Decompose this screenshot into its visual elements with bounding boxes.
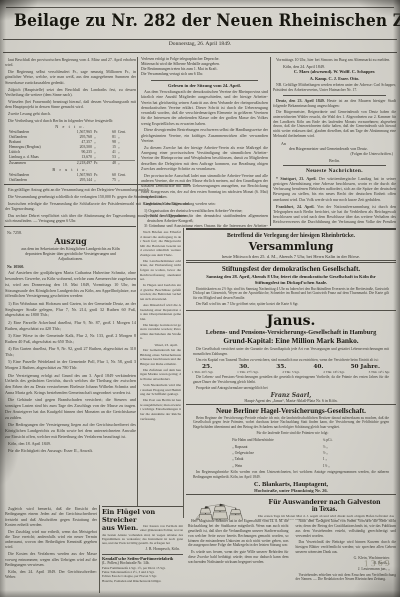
table-row: Zusammen2,218,497Fr.48„ bbox=[9, 160, 135, 165]
editorial-closing: Vorstehendes erhielten wir mit dem Ersuc… bbox=[296, 573, 397, 582]
hagel-body: Beim Beginne der Versicherungs-Periode e… bbox=[188, 416, 394, 430]
paragraph: Die Lebens- und Pensions-Versicherungen … bbox=[193, 375, 389, 384]
ad-hagel-insurance: Neue Berliner Hagel-Versicherungs-Gesell… bbox=[186, 404, 396, 494]
paragraph: Nach Briefen aus Elberfeld dauert die Au… bbox=[140, 230, 181, 257]
letter-right-column: Nach dem Gesagten kann von einem Vorwurf… bbox=[296, 519, 397, 593]
paragraph: Würselen (bei Frauenrath) beantragt hier… bbox=[5, 99, 136, 110]
page-top-edge-rule bbox=[6, 7, 394, 8]
hagel-rates-intro: Für die laufende Ernte sind die Prämien … bbox=[188, 431, 394, 436]
advertisement-column: Betreffend die Verlegung der hiesigen Rh… bbox=[186, 228, 396, 520]
galveston-title: Für Auswanderer nach Galveston bbox=[255, 497, 394, 506]
paragraph: Die Gebäude sind gegen Brandschaden vers… bbox=[5, 397, 136, 420]
fest-announcement: Samstag den 28. April, Abends 8 Uhr, fei… bbox=[188, 273, 394, 287]
paragraph: laut Beschluß der provisorischen Regieru… bbox=[5, 57, 136, 68]
fest-details: Eintrittskarten zu 2½ Sgr. sind bis Sams… bbox=[188, 287, 394, 307]
berlin-line: Berlin. bbox=[273, 158, 396, 163]
paragraph: Es würde uns freuen, wenn der gute Wille… bbox=[188, 550, 289, 565]
letter-left-column: Herr Magistrats-Beamter hat in der Eigen… bbox=[188, 519, 289, 593]
janus-subtitle: Lebens- und Pensions-Versicherungs-Gesel… bbox=[188, 329, 394, 336]
column-rule-2 bbox=[270, 57, 271, 226]
appeal-body: Aus dem Verwaltungsrath der demokratisch… bbox=[141, 89, 268, 206]
bridge-subject-line: Betreffend die Verlegung der hiesigen Rh… bbox=[188, 233, 394, 239]
ad-stiftungsfest: Stiftungsfest der demokratischen Gesells… bbox=[186, 263, 396, 310]
column-rule-4 bbox=[99, 505, 100, 593]
paragraph: Zugleich wird bemerkt, daß die Einsicht … bbox=[5, 506, 97, 527]
paragraph: 1) Ein Wohnhaus mit Hofraum und Garten, … bbox=[5, 301, 136, 318]
strip-paragraphs-1: Nach Briefen aus Elberfeld dauert die Au… bbox=[140, 230, 181, 341]
kendall-ad-title: Kendall'sche Seifen-Parfümeriefabrik bbox=[102, 554, 183, 562]
inner-rule bbox=[283, 165, 386, 166]
table-cell: 3 Thlr. 12½ Sgr. bbox=[369, 370, 390, 374]
latest-news: Neueste Nachrichten. * Stuttgart, 23. Ap… bbox=[273, 168, 396, 226]
column-1-finance-report: laut Beschluß der provisorischen Regieru… bbox=[5, 57, 136, 183]
paragraph: Der Ball wird bis um 7 Uhr geöffnet sein… bbox=[193, 302, 389, 307]
dateline-rule bbox=[3, 52, 397, 53]
text-line: Haaröle, Pomaden und Räucherwerk billigs… bbox=[102, 579, 183, 583]
hagel-agent-address: Hochstraße, unter Pfannkönig Nr. 26. bbox=[188, 488, 394, 493]
ad-galveston-emigrants: Für Auswanderer nach Galveston in Texas.… bbox=[186, 494, 396, 520]
paragraph: Die Landwehrmänner erklärten, der Einber… bbox=[140, 259, 181, 282]
hagel-closing: Im Regierungsbezirke Köln werden von dem… bbox=[188, 470, 394, 479]
hagel-agent-name: C. Blankarts, Hauptagent, bbox=[188, 481, 394, 488]
paragraph: Nach dem Gesagten kann von einem Vorwurf… bbox=[296, 519, 397, 539]
bottom-letter-block: Herr Magistrats-Beamter hat in der Eigen… bbox=[188, 519, 396, 593]
text-line: 2) Wahl von Deputirten für den demnächst… bbox=[141, 213, 268, 224]
dateline: Donnerstag, 26. April 1849. bbox=[0, 41, 400, 47]
paragraph: Um ein Kapital von Tausend Thalern zu ve… bbox=[193, 358, 389, 363]
deutz-intro: Deutz, den 23. April 1849. Heute ist an … bbox=[273, 98, 396, 109]
masthead-rule bbox=[3, 39, 397, 40]
paragraph: Für die Richtigkeit des Auszugs: Esser I… bbox=[5, 448, 136, 454]
notice-number: Nr. 7258. bbox=[7, 230, 136, 235]
paragraph: Die Vertheilung wird durch Berlin in fol… bbox=[5, 118, 136, 123]
section-rule bbox=[4, 226, 136, 227]
province-table-1: Westflandern1,567,965Fr.60Cent.Ostflande… bbox=[9, 130, 135, 165]
fest-title: Stiftungsfest der demokratischen Gesells… bbox=[188, 265, 394, 273]
latest-news-heading: Neueste Nachrichten. bbox=[273, 168, 396, 174]
table-cell: 2 Thlr. 5 Sgr. bbox=[282, 370, 299, 374]
galveston-content: Für Auswanderer nach Galveston in Texas.… bbox=[255, 497, 394, 520]
place-date: Köln, den 24. April 1849. bbox=[273, 64, 396, 69]
versammlung-details: heute Mittwoch den 25. d. M., Abends 7 U… bbox=[188, 254, 394, 259]
auszug-subtitle: aus dem im Sekretariate des Königlichen … bbox=[5, 247, 136, 262]
paragraph: Köln, den 18. April 1849. bbox=[5, 441, 136, 447]
janus-agent-address: Haupt-Agent des „Janus“, Maria-Ablaß-Pla… bbox=[188, 399, 394, 403]
hagel-rates-table: Für Halm und Hülsenfrüchte¼ pCt.„ Rapssa… bbox=[231, 437, 350, 469]
text-line: 3) Gründung und Ausstattung eines Organs… bbox=[141, 223, 268, 227]
nb-note: NB. Gefällige Mittheilungen werden erbet… bbox=[273, 83, 396, 93]
paragraph: Köln, den 24. April 1849. Der Gerichtssc… bbox=[5, 569, 97, 580]
paragraph: In Hagen und Iserlohn sind gleiche Besch… bbox=[140, 283, 181, 301]
paragraph: Zülpich (Hauptstelle) setzt den Beschluß… bbox=[5, 87, 136, 98]
text-line: den Bürgermeister und Gemeinderath von D… bbox=[273, 146, 396, 151]
piano-ad-title-2: aus Wien. bbox=[102, 524, 138, 532]
newspaper-page: Beilage zu Nr. 282 der Neuen Rheinischen… bbox=[0, 0, 400, 597]
ad-janus-insurance: Janus. Lebens- und Pensions-Versicherung… bbox=[186, 310, 396, 404]
province-table-2: Westflandern1,567,965Fr.60Cent.Ostflande… bbox=[9, 173, 135, 183]
paragraph: Zu diesem Zwecke hat der hiesige Arbeite… bbox=[141, 145, 268, 171]
janus-title: Janus. bbox=[188, 313, 394, 329]
paragraph: Die Regierung selbst verschleudert Fr., … bbox=[5, 69, 136, 85]
news-item-frankfurt: Frankfurt, 24. April. Von der Nationalve… bbox=[273, 204, 396, 226]
inner-rule bbox=[151, 80, 258, 81]
hagel-title: Neue Berliner Hagel-Versicherungs-Gesell… bbox=[188, 407, 394, 415]
paragraph: 5) Eine Parzelle Weideland in der Gemein… bbox=[5, 359, 136, 371]
paragraph: Die Gesellschaft versichert unter der Ga… bbox=[193, 347, 389, 356]
deutz-address-lines: Anden Bürgermeister und Gemeinderath von… bbox=[273, 141, 396, 151]
janus-premium-row: 1 Thlr. 20½ Sgr.1 Thlr. 27½ Sgr.2 Thlr. … bbox=[188, 370, 394, 374]
table-cell: 40. bbox=[313, 364, 323, 370]
column-2-narrow-news: Nach Briefen aus Elberfeld dauert die Au… bbox=[140, 230, 181, 508]
appeal-end: Vormittags 10 Uhr, hier bei Simons im Bu… bbox=[273, 57, 396, 62]
column-rule-3 bbox=[183, 228, 184, 518]
paragraph: Aus dem Verwaltungsrath der demokratisch… bbox=[141, 89, 268, 126]
paragraph: 4) Ein Garten daselbst, Flur 9, Nr. 92, … bbox=[5, 346, 136, 358]
table-1-title: N e t t o. bbox=[5, 124, 136, 129]
table-cell: 1 Thlr. 27½ Sgr. bbox=[237, 370, 258, 374]
piano-ad-signature: J. B. Hompesch, Köln. bbox=[102, 547, 183, 552]
janus-terms: Die Gesellschaft versichert unter der Ga… bbox=[188, 347, 394, 362]
deutz-proclamation: Die Bürgermeister, Beigeordnete und Geme… bbox=[273, 110, 396, 139]
paragraph: Aus Düsseldorf wird die Absendung einer … bbox=[140, 303, 181, 321]
page-number-stamp: 1369 bbox=[364, 558, 392, 568]
column-3: Vormittags 10 Uhr, hier bei Simons im Bu… bbox=[273, 57, 396, 226]
paragraph: Die Post aus Berlin ist heute ausgeblieb… bbox=[140, 398, 181, 421]
text-line: Die Versammlung vertagt sich um 6 Uhr. bbox=[141, 72, 268, 77]
janus-agent-name: Franz Saarl, bbox=[188, 392, 394, 399]
auszug-continuation: Zugleich wird bemerkt, daß die Einsicht … bbox=[5, 506, 97, 593]
masthead-title: Beilage zu Nr. 282 der Neuen Rheinischen… bbox=[14, 11, 386, 30]
paragraph: 2) Eine Parzelle Ackerland daselbst, Flu… bbox=[5, 320, 136, 332]
column-2-workers-appeal: Verlesen erfolgt in Folge telegraphische… bbox=[141, 57, 268, 227]
piano-ad-title: Ein Flügel von Streicher bbox=[102, 508, 183, 524]
paragraph: Zweite Lesung geht durch. bbox=[5, 111, 136, 116]
paragraph: Gegenstände der Tagesordnung werden sein… bbox=[141, 201, 268, 206]
paragraph: Die Kosten des Verfahrens werden aus der… bbox=[5, 551, 97, 567]
auszug-body: Auf Anstehen der großjährigen Maria Cath… bbox=[5, 270, 136, 454]
paragraph: Die Versteigerung erfolgt auf Grund des … bbox=[5, 373, 136, 396]
auszug-title: Auszug bbox=[5, 236, 136, 246]
paragraph: Die hiesige Garnison ist gestern verstär… bbox=[140, 323, 181, 341]
table-2-title: B r u t t o. bbox=[5, 167, 136, 172]
news-item-stuttgart: * Stuttgart, 23. April. Der württembergi… bbox=[273, 176, 396, 202]
kendall-ad-address: (L. Pollen,) Hochstraße Nr. 14b. bbox=[102, 561, 183, 565]
paragraph: 3) Eine Wiese in der Gemeinde Kalk, Flur… bbox=[5, 333, 136, 345]
kendall-price-lines: Feine Familienseife à Sgr. 1½, per Dtzd.… bbox=[102, 566, 183, 583]
agenda-list: 1) Organisation der rheinisch-westfälisc… bbox=[141, 208, 268, 227]
session-fragments: Verlesen erfolgt in Folge telegraphische… bbox=[141, 57, 268, 78]
paragraph: Die Zufuhren auf dem heutigen Markte war… bbox=[140, 368, 181, 382]
table-row: „ Wein1½ „ bbox=[231, 463, 350, 469]
column-rule-1 bbox=[137, 57, 138, 506]
sailing-ship-illustration bbox=[188, 497, 252, 520]
paragraph: Der provisorische Ausschuß ladet nun säm… bbox=[141, 173, 268, 199]
paragraph: Prospekte und Antragsformulare unentgelt… bbox=[193, 386, 389, 391]
janus-capital-line: Grund-Kapital: Eine Million Mark Banko. bbox=[188, 336, 394, 345]
paragraph: Herr Magistrats-Beamter hat in der Eigen… bbox=[188, 519, 289, 548]
versammlung-title: Versammlung bbox=[188, 240, 394, 253]
paragraph: Der Zuschlag wird nur ertheilt, wenn das… bbox=[5, 529, 97, 550]
ad-rheinbruecke-versammlung: Betreffend die Verlegung der hiesigen Rh… bbox=[186, 230, 396, 263]
case-number: Nr. 10560. bbox=[7, 264, 136, 269]
paragraph: Der Gemeinderath hat die Bildung eines S… bbox=[140, 348, 181, 366]
paragraph: Die Bedingungen der Versteigerung liegen… bbox=[5, 422, 136, 439]
paragraph: Das Verzeichniß der Beiträge wird binnen… bbox=[296, 540, 397, 555]
text-line: A. Kamp. C. J. Esser. Otto. bbox=[273, 76, 396, 82]
appeal-heading: Gelesen in der Sitzung vom 24. April. bbox=[141, 83, 268, 88]
strip-signature: Wesel, 23. April. bbox=[140, 343, 181, 348]
left-small-ads: Ein Flügel von Streicher aus Wien. Der K… bbox=[102, 506, 183, 595]
paragraph: Diese divergirenden Bestrebungen erschwe… bbox=[141, 127, 268, 143]
inner-rule bbox=[283, 95, 386, 96]
finance-paragraphs: laut Beschluß der provisorischen Regieru… bbox=[5, 57, 136, 123]
deutz-dateline: Deutz, den 23. April 1849. bbox=[276, 98, 325, 103]
paragraph: Auf Anstehen der großjährigen Maria Cath… bbox=[5, 270, 136, 299]
auszug-legal-notice: Nr. 7258. Auszug aus dem im Sekretariate… bbox=[5, 229, 136, 503]
strip-paragraphs-2: Der Gemeinderath hat die Bildung eines S… bbox=[140, 348, 181, 421]
deutz-signatures-note: (Folgen die Unterschriften.) bbox=[273, 152, 396, 157]
paragraph: Vom Niederrhein wird über starken Eisgan… bbox=[140, 383, 181, 397]
janus-notes: Die Lebens- und Pensions-Versicherungen … bbox=[188, 375, 394, 390]
signatures-marx-wolff-schapper: C. Marx (abwesend). W. Wolff. C. Schappe… bbox=[273, 69, 396, 81]
table-cell: 2 Thlr. 16½ Sgr. bbox=[323, 370, 344, 374]
galveston-title-2: in Texas. bbox=[255, 506, 394, 513]
paragraph: Eintrittskarten zu 2½ Sgr. sind bis Sams… bbox=[193, 287, 389, 301]
table-cell: 1 Thlr. 20½ Sgr. bbox=[192, 370, 213, 374]
